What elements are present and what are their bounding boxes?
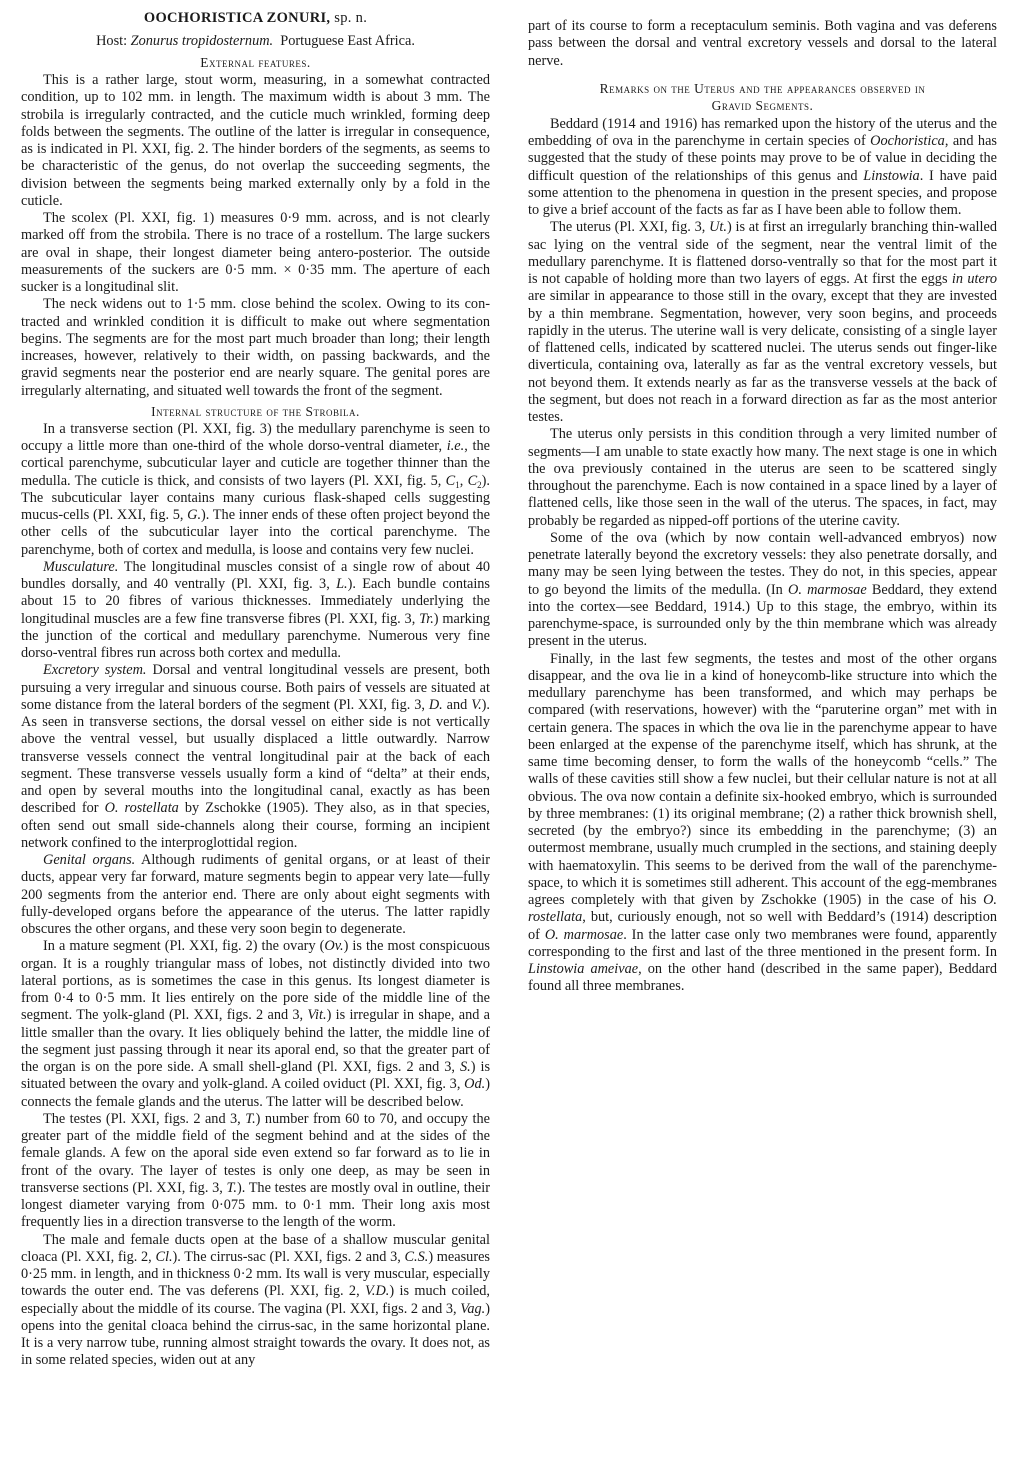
article-title: OOCHORISTICA ZONURI, sp. n. xyxy=(21,8,490,28)
paragraph-testes: The testes (Pl. XXI, figs. 2 and 3, T.) … xyxy=(21,1111,490,1232)
right-column: part of its course to form a receptaculu… xyxy=(528,18,997,996)
paragraph: The neck widens out to 1·5 mm. close beh… xyxy=(21,296,490,400)
paragraph: This is a rather large, stout worm, meas… xyxy=(21,72,490,210)
paragraph: In a transverse section (Pl. XXI, fig. 3… xyxy=(21,421,490,559)
host-species: Zonurus tropidosternum. xyxy=(131,33,273,49)
paragraph-final-segments: Finally, in the last few segments, the t… xyxy=(528,651,997,996)
host-line: Host: Zonurus tropidosternum. Portuguese… xyxy=(21,32,490,50)
host-locality: Portuguese East Africa. xyxy=(280,33,415,49)
paragraph-uterus: The uterus (Pl. XXI, fig. 3, Ut.) is at … xyxy=(528,219,997,426)
paragraph: Some of the ova (which by now contain we… xyxy=(528,530,997,651)
species-novum-label: sp. n. xyxy=(334,10,367,26)
paragraph: Beddard (1914 and 1916) has remarked upo… xyxy=(528,116,997,220)
left-column: OOCHORISTICA ZONURI, sp. n. Host: Zonuru… xyxy=(21,8,490,1370)
paragraph-ducts: The male and female ducts open at the ba… xyxy=(21,1232,490,1370)
heading-line-2: Gravid Segments. xyxy=(528,97,997,114)
paragraph-genital-organs: Genital organs. Although rudiments of ge… xyxy=(21,852,490,938)
heading-line-1: Remarks on the Uterus and the appearance… xyxy=(528,80,997,97)
paragraph-excretory-system: Excretory system. Dorsal and ventral lon… xyxy=(21,662,490,852)
host-label: Host: xyxy=(96,33,127,49)
species-name: OOCHORISTICA ZONURI, xyxy=(144,10,330,26)
paragraph: The scolex (Pl. XXI, fig. 1) measures 0·… xyxy=(21,210,490,296)
paragraph: The uterus only persists in this conditi… xyxy=(528,426,997,530)
paragraph-ovary: In a mature segment (Pl. XXI, fig. 2) th… xyxy=(21,938,490,1111)
paragraph-musculature: Musculature. The longitudinal muscles co… xyxy=(21,559,490,663)
heading-internal-structure: Internal structure of the Strobila. xyxy=(21,403,490,420)
heading-external-features: External features. xyxy=(21,54,490,71)
paragraph-continued: part of its course to form a receptaculu… xyxy=(528,18,997,70)
heading-uterus-remarks: Remarks on the Uterus and the appearance… xyxy=(528,80,997,114)
